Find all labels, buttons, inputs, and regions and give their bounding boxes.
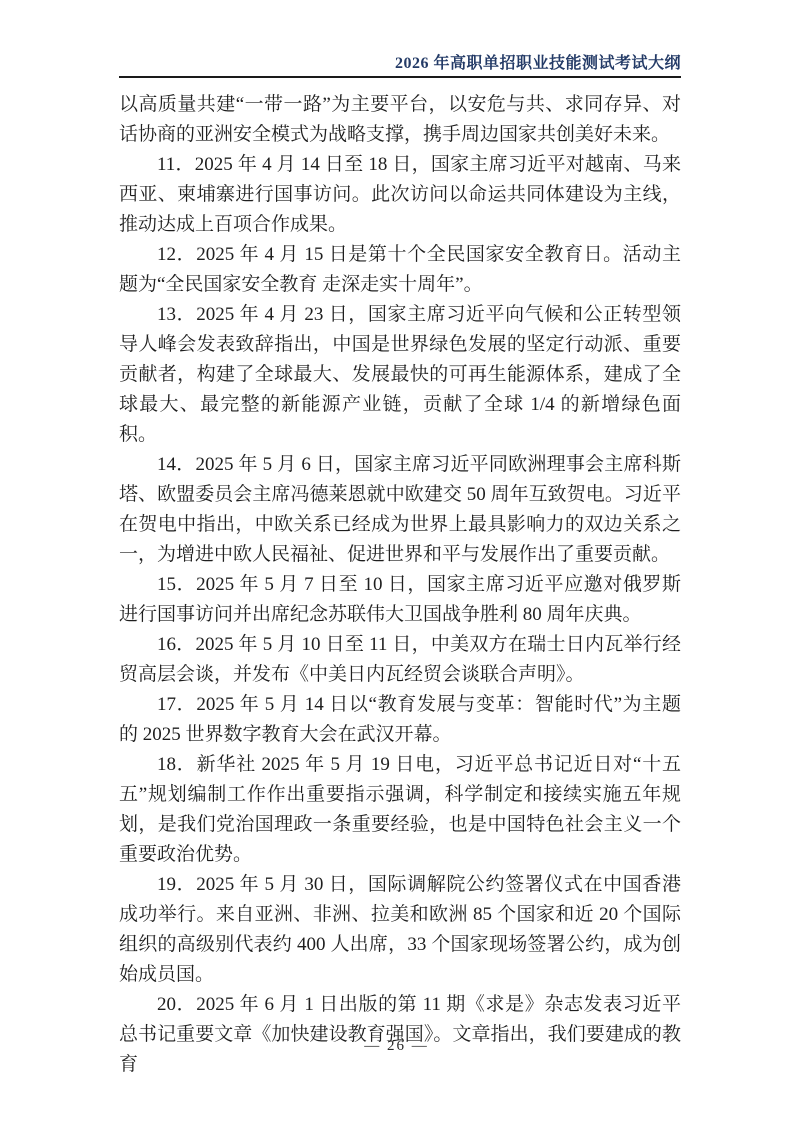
paragraph-item-16: 16．2025 年 5 月 10 日至 11 日，中美双方在瑞士日内瓦举行经贸高… bbox=[119, 630, 681, 690]
paragraph-item-17: 17．2025 年 5 月 14 日以“教育发展与变革：智能时代”为主题的 20… bbox=[119, 690, 681, 750]
page-number: — 26 — bbox=[0, 1038, 793, 1055]
paragraph-item-18: 18．新华社 2025 年 5 月 19 日电，习近平总书记近日对“十五五”规划… bbox=[119, 750, 681, 870]
paragraph-item-20: 20．2025 年 6 月 1 日出版的第 11 期《求是》杂志发表习近平总书记… bbox=[119, 990, 681, 1080]
paragraph-item-15: 15．2025 年 5 月 7 日至 10 日，国家主席习近平应邀对俄罗斯进行国… bbox=[119, 570, 681, 630]
document-body: 以高质量共建“一带一路”为主要平台，以安危与共、求同存异、对话协商的亚洲安全模式… bbox=[119, 90, 681, 1080]
paragraph-item-11: 11．2025 年 4 月 14 日至 18 日，国家主席习近平对越南、马来西亚… bbox=[119, 150, 681, 240]
running-header-title: 2026 年高职单招职业技能测试考试大纲 bbox=[119, 50, 681, 73]
header-rule-divider bbox=[119, 76, 681, 78]
paragraph-item-12: 12．2025 年 4 月 15 日是第十个全民国家安全教育日。活动主题为“全民… bbox=[119, 240, 681, 300]
paragraph-item-19: 19．2025 年 5 月 30 日，国际调解院公约签署仪式在中国香港成功举行。… bbox=[119, 870, 681, 990]
document-page: 2026 年高职单招职业技能测试考试大纲 以高质量共建“一带一路”为主要平台，以… bbox=[0, 0, 793, 1122]
paragraph-continuation: 以高质量共建“一带一路”为主要平台，以安危与共、求同存异、对话协商的亚洲安全模式… bbox=[119, 90, 681, 150]
paragraph-item-14: 14．2025 年 5 月 6 日，国家主席习近平同欧洲理事会主席科斯塔、欧盟委… bbox=[119, 450, 681, 570]
paragraph-item-13: 13．2025 年 4 月 23 日，国家主席习近平向气候和公正转型领导人峰会发… bbox=[119, 300, 681, 450]
